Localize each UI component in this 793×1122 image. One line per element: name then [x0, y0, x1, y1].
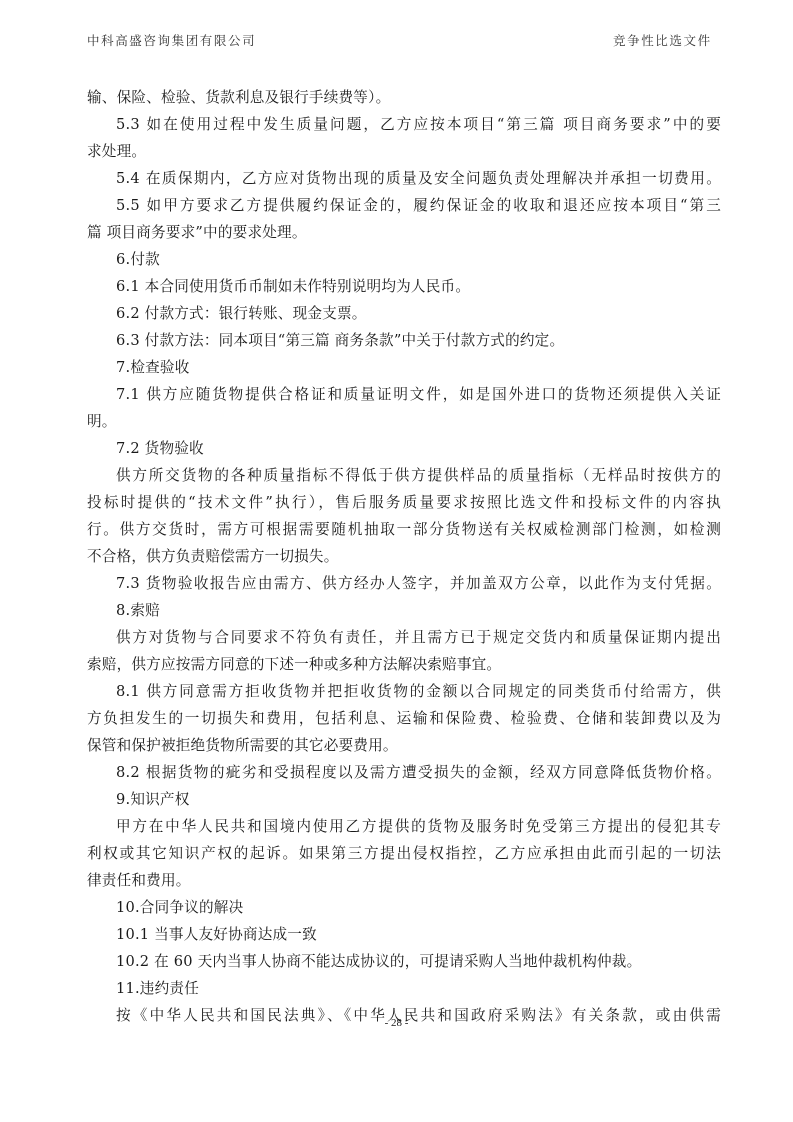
text-line: 求处理。	[87, 138, 721, 165]
text-line: 8.1 供方同意需方拒收货物并把拒收货物的金额以合同规定的同类货币付给需方，供	[87, 678, 721, 705]
text-line: 投标时提供的“技术文件”执行），售后服务质量要求按照比选文件和投标文件的内容执	[87, 489, 721, 516]
text-line: 8.索赔	[87, 597, 721, 624]
text-line: 7.检查验收	[87, 354, 721, 381]
text-line: 篇 项目商务要求”中的要求处理。	[87, 219, 721, 246]
page-number: - 28 -	[0, 1017, 793, 1029]
text-line: 11.违约责任	[87, 975, 721, 1002]
text-line: 7.1 供方应随货物提供合格证和质量证明文件，如是国外进口的货物还须提供入关证	[87, 381, 721, 408]
text-line: 10.2 在 60 天内当事人协商不能达成协议的，可提请采购人当地仲裁机构仲裁。	[87, 948, 721, 975]
header-doc-type: 竞争性比选文件	[613, 31, 712, 49]
text-line: 6.1 本合同使用货币币制如未作特别说明均为人民币。	[87, 273, 721, 300]
text-line: 利权或其它知识产权的起诉。如果第三方提出侵权指控，乙方应承担由此而引起的一切法	[87, 840, 721, 867]
text-line: 6.付款	[87, 246, 721, 273]
header-company: 中科高盛咨询集团有限公司	[87, 31, 256, 49]
document-body: 输、保险、检验、货款利息及银行手续费等）。5.3 如在使用过程中发生质量问题，乙…	[87, 84, 721, 1029]
text-line: 行。供方交货时，需方可根据需要随机抽取一部分货物送有关权威检测部门检测，如检测	[87, 516, 721, 543]
text-line: 5.3 如在使用过程中发生质量问题，乙方应按本项目“第三篇 项目商务要求”中的要	[87, 111, 721, 138]
text-line: 索赔，供方应按需方同意的下述一种或多种方法解决索赔事宜。	[87, 651, 721, 678]
text-line: 7.2 货物验收	[87, 435, 721, 462]
text-line: 10.合同争议的解决	[87, 894, 721, 921]
text-line: 10.1 当事人友好协商达成一致	[87, 921, 721, 948]
text-line: 保管和保护被拒绝货物所需要的其它必要费用。	[87, 732, 721, 759]
text-line: 不合格，供方负责赔偿需方一切损失。	[87, 543, 721, 570]
text-line: 输、保险、检验、货款利息及银行手续费等）。	[87, 84, 721, 111]
text-line: 8.2 根据货物的疵劣和受损程度以及需方遭受损失的金额，经双方同意降低货物价格。	[87, 759, 721, 786]
text-line: 方负担发生的一切损失和费用，包括利息、运输和保险费、检验费、仓储和装卸费以及为	[87, 705, 721, 732]
text-line: 5.4 在质保期内，乙方应对货物出现的质量及安全问题负责处理解决并承担一切费用。	[87, 165, 721, 192]
text-line: 明。	[87, 408, 721, 435]
text-line: 6.2 付款方式：银行转账、现金支票。	[87, 300, 721, 327]
text-line: 甲方在中华人民共和国境内使用乙方提供的货物及服务时免受第三方提出的侵犯其专	[87, 813, 721, 840]
text-line: 5.5 如甲方要求乙方提供履约保证金的，履约保证金的收取和退还应按本项目“第三	[87, 192, 721, 219]
text-line: 供方对货物与合同要求不符负有责任，并且需方已于规定交货内和质量保证期内提出	[87, 624, 721, 651]
text-line: 供方所交货物的各种质量指标不得低于供方提供样品的质量指标（无样品时按供方的	[87, 462, 721, 489]
text-line: 9.知识产权	[87, 786, 721, 813]
text-line: 7.3 货物验收报告应由需方、供方经办人签字，并加盖双方公章，以此作为支付凭据。	[87, 570, 721, 597]
text-line: 6.3 付款方法：同本项目“第三篇 商务条款”中关于付款方式的约定。	[87, 327, 721, 354]
text-line: 律责任和费用。	[87, 867, 721, 894]
